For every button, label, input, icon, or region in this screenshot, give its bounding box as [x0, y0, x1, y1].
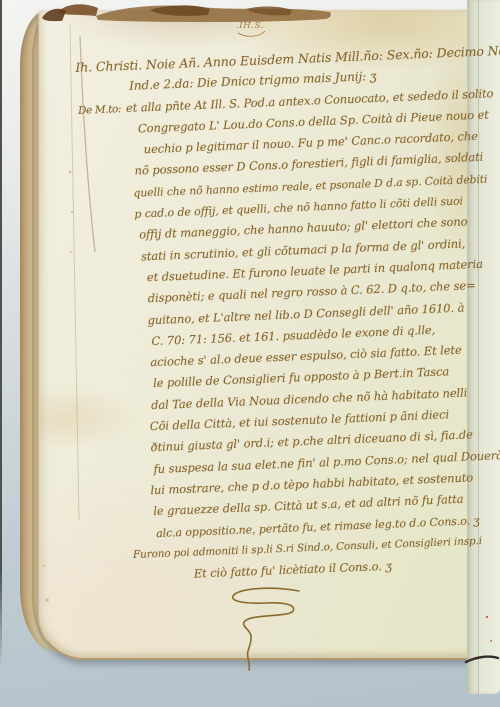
photo-left-edge [0, 0, 2, 668]
ihs-monogram: .IH.S. [236, 21, 264, 31]
margin-note: De M.to: [78, 103, 121, 117]
fore-edge-crease [478, 0, 479, 694]
manuscript-photo: .IH.S. Ih. Christi. Noie Añ. Anno Euisde… [0, 0, 500, 707]
handwritten-text-block: Ih. Christi. Noie Añ. Anno Euisdem Natis… [74, 41, 487, 589]
